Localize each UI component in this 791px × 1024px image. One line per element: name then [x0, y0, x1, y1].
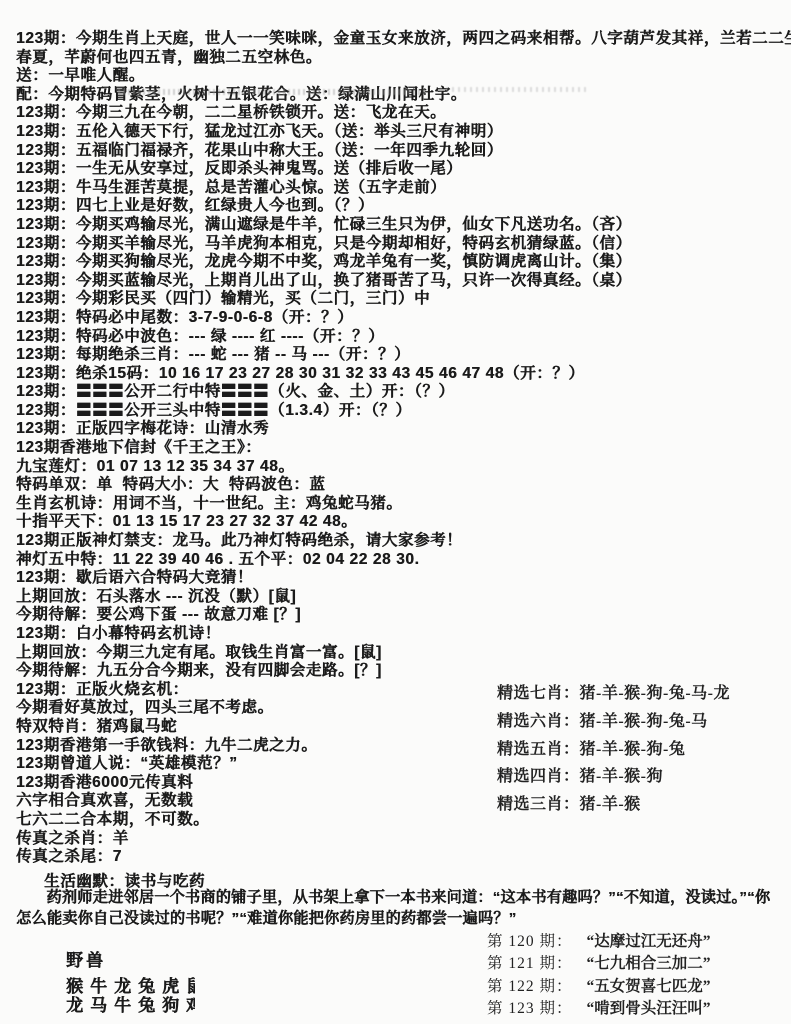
issue-phrase: “五女贺喜七匹龙”	[587, 976, 711, 998]
text-line: 123期：正版四字梅花诗：山清水秀	[16, 420, 791, 439]
text-line: 123期：今期生肖上天庭，世人一一笑味咪，金童玉女来放济，两四之码来相帮。八字葫…	[16, 30, 791, 49]
text-line: 送：一早唯人醒。	[16, 67, 791, 86]
text-line: 生肖玄机诗：用词不当，十一世纪。主：鸡兔蛇马猪。	[16, 495, 791, 514]
issue-label: 第 122 期：	[487, 976, 573, 998]
text-line: 今期待解：要公鸡下蛋 --- 故意刀难 [？]	[16, 606, 791, 625]
text-line: 123期：牛马生涯苦莫提，总是苦灌心头惊。送（五字走前）	[16, 179, 791, 198]
issue-row: 第 123 期： “啃到骨头汪汪叫”	[487, 998, 711, 1020]
text-line: 123期：每期绝杀三肖：--- 蛇 --- 猪 -- 马 ---（开：？）	[16, 346, 791, 365]
issue-row: 第 120 期： “达摩过江无还舟”	[487, 931, 711, 953]
selection-line: 精选三肖：猪-羊-猴	[497, 791, 730, 819]
issue-label: 第 123 期：	[487, 998, 573, 1020]
issue-row: 第 121 期： “七九相合三加二”	[487, 953, 711, 975]
text-line: 123期：今期三九在今朝，二二星桥铁锁开。送：飞龙在天。	[16, 104, 791, 123]
issue-label: 第 121 期：	[487, 953, 573, 975]
beast-title: 野兽	[66, 946, 195, 971]
text-line: 123期香港地下信封《千王之王》：	[16, 439, 791, 458]
issue-phrase: “七九相合三加二”	[587, 953, 711, 975]
selection-line: 精选四肖：猪-羊-猴-狗	[497, 763, 730, 791]
text-line: 123期：绝杀15码：10 16 17 23 27 28 30 31 32 33…	[16, 365, 791, 384]
selection-line: 精选五肖：猪-羊-猴-狗-兔	[497, 736, 730, 764]
text-line: 传真之杀尾：7	[16, 848, 791, 867]
text-line: 123期：今期买羊输尽光，马羊虎狗本相克，只是今期却相好，特码玄机猜绿蓝。（信）	[16, 235, 791, 254]
humor-paragraph: 药剂师走进邻居一个书商的铺子里，从书架上拿下一本书来问道：“这本书有趣吗？”“不…	[16, 888, 782, 929]
text-line: 123期：五福临门福禄齐，花果山中称大王。（送：一年四季九轮回）	[16, 142, 791, 161]
beast-zodiac-row: 龙马牛兔狗鸡	[66, 996, 195, 1015]
text-line: 123期：今期买狗输尽光，龙虎今期不中奖，鸡龙羊兔有一奖，慎防调虎离山计。（集）	[16, 253, 791, 272]
text-line: 123期：白小幕特码玄机诗！	[16, 625, 791, 644]
issue-label: 第 120 期：	[487, 931, 573, 953]
text-line: 传真之杀肖：羊	[16, 830, 791, 849]
issue-phrase: “啃到骨头汪汪叫”	[587, 998, 711, 1020]
issue-row: 第 122 期： “五女贺喜七匹龙”	[487, 976, 711, 998]
text-line: 上期回放：今期三九定有尾。取钱生肖富一富。[鼠]	[16, 644, 791, 663]
text-line: 123期：五伦入德天下行，猛龙过江亦飞天。（送：举头三尺有神明）	[16, 123, 791, 142]
text-line: 123期：四七上业是好数，红绿贵人今也到。（？）	[16, 197, 791, 216]
issue-phrase-list: 第 120 期： “达摩过江无还舟” 第 121 期： “七九相合三加二” 第 …	[487, 931, 711, 1021]
issue-phrase: “达摩过江无还舟”	[587, 931, 711, 953]
lottery-tip-sheet-page: 123期：今期生肖上天庭，世人一一笑味咪，金童玉女来放济，两四之码来相帮。八字葫…	[0, 0, 791, 1024]
scan-artifact	[118, 89, 428, 95]
text-line: 神灯五中特：11 22 39 40 46 . 五个平：02 04 22 28 3…	[16, 551, 791, 570]
text-line: 123期：特码必中尾数：3-7-9-0-6-8（开：？）	[16, 309, 791, 328]
text-line: 春夏，芊蔚何也四五青，幽独二五空林色。	[16, 49, 791, 68]
text-line: 今期待解：九五分合今期来，没有四脚会走路。[？]	[16, 662, 791, 681]
text-line: 123期：歇后语六合特码大竞猜！	[16, 569, 791, 588]
selection-line: 精选七肖：猪-羊-猴-狗-兔-马-龙	[497, 680, 730, 708]
text-line: 九宝莲灯：01 07 13 12 35 34 37 48。	[16, 458, 791, 477]
beast-block: 野兽 猴牛龙兔虎鼠 龙马牛兔狗鸡	[66, 946, 195, 1015]
text-line: 123期：一生无从安享过，反即杀头神鬼骂。送（排后收一尾）	[16, 160, 791, 179]
text-line: 123期：今期买蓝输尽光，上期肖儿出了山，换了猪哥苦了马，只许一次得真经。（桌）	[16, 272, 791, 291]
text-line: 十指平天下：01 13 15 17 23 27 32 37 42 48。	[16, 513, 791, 532]
beast-zodiac-row: 猴牛龙兔虎鼠	[66, 977, 195, 996]
selection-zodiac-block: 精选七肖：猪-羊-猴-狗-兔-马-龙精选六肖：猪-羊-猴-狗-兔-马精选五肖：猪…	[497, 680, 730, 819]
text-line: 123期：〓〓〓公开三头中特〓〓〓（1.3.4）开：（？）	[16, 402, 791, 421]
text-line: 123期：特码必中波色：--- 绿 ---- 红 ----（开：？）	[16, 328, 791, 347]
text-line: 123期：〓〓〓公开二行中特〓〓〓（火、金、土）开：（？）	[16, 383, 791, 402]
text-line: 上期回放：石头落水 --- 沉没（默）[鼠]	[16, 588, 791, 607]
text-line: 123期：今期彩民买（四门）输精光，买（二门，三门）中	[16, 290, 791, 309]
scan-artifact	[440, 87, 590, 92]
selection-line: 精选六肖：猪-羊-猴-狗-兔-马	[497, 708, 730, 736]
text-line: 123期正版神灯禁支：龙马。此乃神灯特码绝杀，请大家参考！	[16, 532, 791, 551]
text-line: 特码单双：单 特码大小：大 特码波色：蓝	[16, 476, 791, 495]
text-line: 123期：今期买鸡输尽光，满山遮绿是牛羊，忙碌三生只为伊，仙女下凡送功名。（吝）	[16, 216, 791, 235]
